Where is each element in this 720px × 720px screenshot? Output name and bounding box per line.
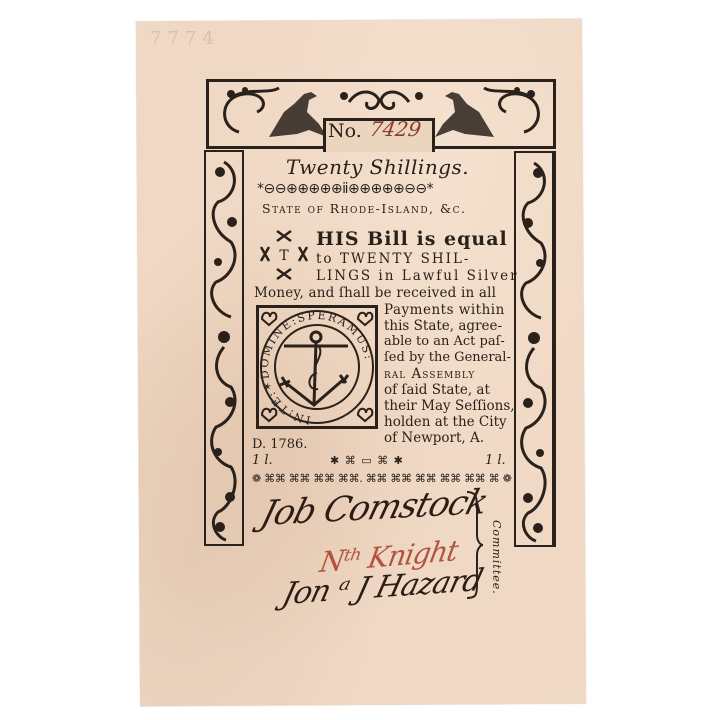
body-line-2: to TWENTY SHIL- xyxy=(316,251,470,267)
issue-date: D. 1786. xyxy=(252,437,307,452)
body-line-1: HIS Bill is equal xyxy=(316,228,508,250)
left-vine-border xyxy=(204,150,244,546)
anchor-seal: IN:TE:✶DOMINE:SPERAMUS: xyxy=(256,305,378,429)
committee-brace-icon xyxy=(465,490,485,600)
vine-scroll-icon xyxy=(206,152,242,544)
corner-value-left: 1 l. xyxy=(252,453,273,468)
body-line-11: their May Seſſions, xyxy=(384,398,515,414)
body-line-12: holden at the City xyxy=(384,414,507,430)
body-line-6: this State, agree- xyxy=(384,318,502,334)
body-line-10: of ſaid State, at xyxy=(384,382,490,398)
committee-label: Committee. xyxy=(490,520,503,595)
svg-text:T: T xyxy=(279,248,289,264)
corner-value-right: 1 l. xyxy=(485,453,506,468)
anchor-icon xyxy=(280,332,348,405)
serial-number: 7429 xyxy=(368,117,422,141)
body-line-7: able to an Act paſ- xyxy=(384,334,505,349)
body-line-5: Payments within xyxy=(384,302,505,318)
body-line-4: Money, and ſhall be received in all xyxy=(254,285,496,301)
middle-ornament: ✱ ⌘ ▭ ⌘ ✱ xyxy=(330,454,404,467)
body-line-13: of Newport, A. xyxy=(384,430,484,446)
body-line-3: LINGS in Lawful Silver xyxy=(316,268,519,284)
t-cross-emblem-icon: T xyxy=(257,227,311,283)
faded-pencil-mark: 7774 xyxy=(150,28,220,49)
state-line: State of Rhode-Island, &c. xyxy=(262,201,466,216)
serial-label: No. xyxy=(328,120,362,142)
denomination-heading: Twenty Shillings. xyxy=(286,155,469,179)
ornament-row: *⊖⊖⊕⊕⊕⊕⊕ⅱ⊕⊕⊕⊕⊕⊖⊖* xyxy=(257,181,433,197)
body-line-9: ral Assembly xyxy=(384,366,475,382)
right-vine-border xyxy=(514,151,556,547)
body-line-8: ſed by the General- xyxy=(384,350,511,365)
vine-scroll-icon xyxy=(516,153,552,545)
